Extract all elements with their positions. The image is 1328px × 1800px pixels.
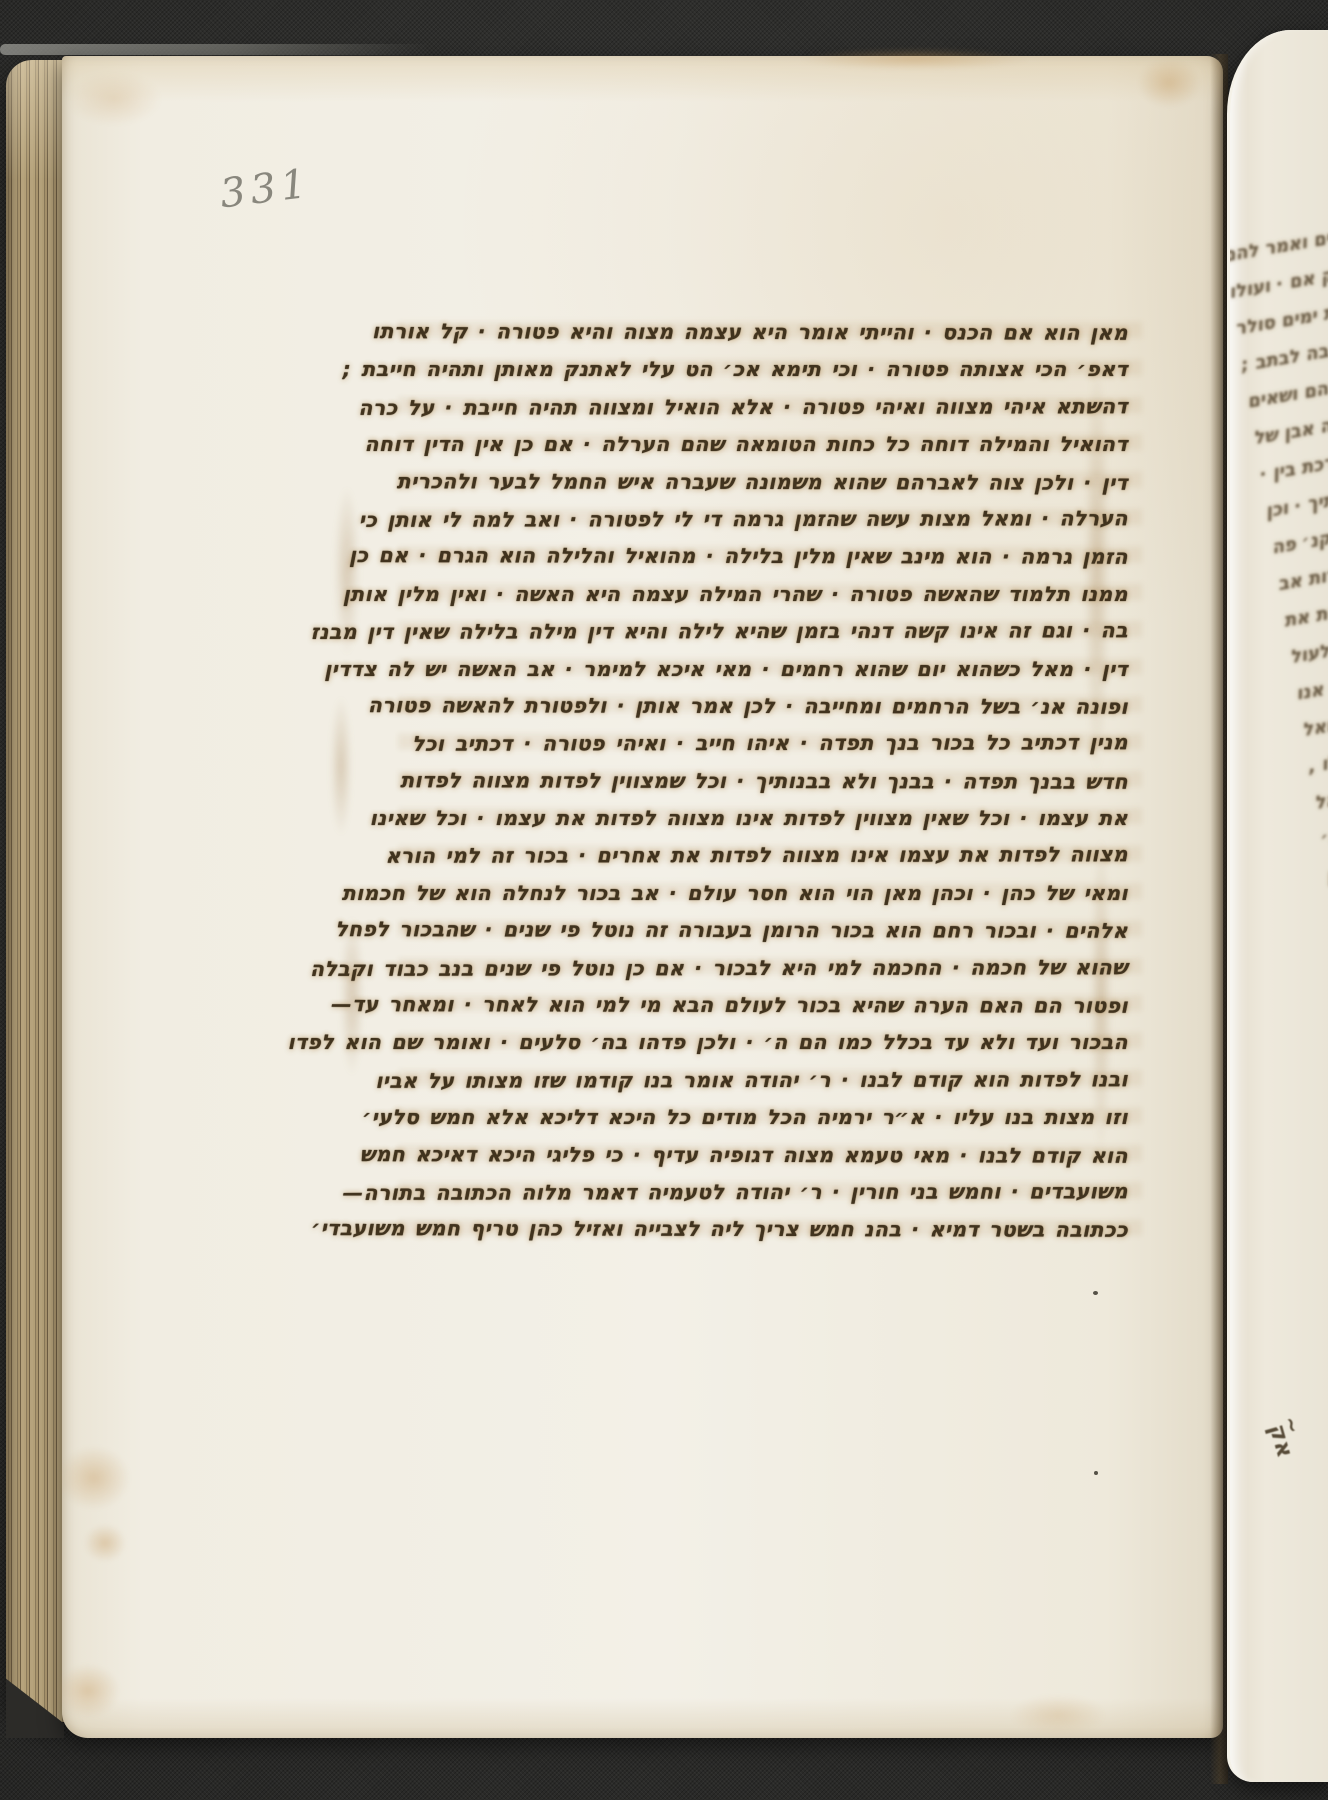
manuscript-text-block: מאן הוא אם הכנס · והייתי אומר היא עצמה מ… xyxy=(412,314,1128,1249)
text-line: את עצמו · וכל שאין מצווין לפדות אינו מצו… xyxy=(412,800,1128,837)
ink-speck xyxy=(1094,1471,1098,1475)
text-line: הערלה · ומאל מצות עשה שהזמן גרמה די לי ל… xyxy=(412,500,1128,539)
text-line: חדש בבנך תפדה · בבנך ולא בבנותיך · וכל ש… xyxy=(412,762,1128,801)
text-line: מאן הוא אם הכנס · והייתי אומר היא עצמה מ… xyxy=(412,313,1128,352)
text-line: ככתובה בשטר דמיא · בהנ חמש צריך ליה לצבי… xyxy=(412,1211,1128,1250)
text-line: וזו מצות בנו עליו · א״ר ירמיה הכל מודים … xyxy=(412,1099,1128,1136)
text-line: ומאי של כהן · וכהן מאן הוי הוא חסר עולם … xyxy=(412,875,1128,912)
showthrough-smudge xyxy=(330,696,352,836)
text-line: הוא קודם לבנו · מאי טעמא מצוה דגופיה עדי… xyxy=(412,1136,1128,1175)
text-line: דין · מאל כשהוא יום שהוא רחמים · מאי איכ… xyxy=(412,651,1128,688)
text-line: דהואיל והמילה דוחה כל כחות הטומאה שהם הע… xyxy=(412,426,1128,463)
text-line: ופונה אנ׳ בשל הרחמים ומחייבה · לכן אמר א… xyxy=(412,687,1128,726)
facing-page-text: אלהים ואמר להם הר פרק אם · ועולו ם שמונת… xyxy=(1227,202,1328,1260)
folio-number: 331 xyxy=(218,161,314,218)
ink-speck xyxy=(1093,1291,1098,1295)
text-line: ופטור הם האם הערה שהיא בכור לעולם הבא מי… xyxy=(412,986,1128,1025)
book-fore-edge xyxy=(6,60,64,1722)
text-line: הזמן גרמה · הוא מינב שאין מלין בלילה · מ… xyxy=(412,538,1128,577)
text-line: דאפ׳ הכי אצותה פטורה · וכי תימא אכ׳ הט ע… xyxy=(412,351,1128,388)
text-line: משועבדים · וחמש בני חורין · ר׳ יהודה לטע… xyxy=(412,1173,1128,1212)
text-line: הבכור ועד ולא עד בכלל כמו הם ה׳ · ולכן פ… xyxy=(412,1024,1128,1061)
text-line: דין · ולכן צוה לאברהם שהוא משמונה שעברה … xyxy=(412,463,1128,502)
text-line: בה · וגם זה אינו קשה דנהי בזמן שהיא לילה… xyxy=(412,612,1128,651)
quire-mark-tilde: ~ xyxy=(1278,1414,1306,1437)
quire-mark: ~אק xyxy=(1264,1421,1298,1461)
manuscript-page: 331 מאן הוא אם הכנס · והייתי אומר היא עצ… xyxy=(62,56,1223,1738)
manuscript-photo: 331 מאן הוא אם הכנס · והייתי אומר היא עצ… xyxy=(0,0,1328,1800)
text-line: מנין דכתיב כל בכור בנך תפדה · איהו חייב … xyxy=(412,725,1128,764)
facing-page: אלהים ואמר להם הר פרק אם · ועולו ם שמונת… xyxy=(1227,30,1328,1782)
text-line: שהוא של חכמה · החכמה למי היא לבכור · אם … xyxy=(412,949,1128,988)
text-line: ממנו תלמוד שהאשה פטורה · שהרי המילה עצמה… xyxy=(412,576,1128,613)
text-line: מצווה לפדות את עצמו אינו מצווה לפדות את … xyxy=(412,837,1128,876)
book-cover-ridge xyxy=(0,44,430,55)
text-line: אלהים · ובכור רחם הוא בכור הרומן בעבורה … xyxy=(412,912,1128,951)
text-line: דהשתא איהי מצווה ואיהי פטורה · אלא הואיל… xyxy=(412,388,1128,427)
text-line: ובנו לפדות הוא קודם לבנו · ר׳ יהודה אומר… xyxy=(412,1061,1128,1100)
gutter-shadow xyxy=(1210,54,1228,1784)
